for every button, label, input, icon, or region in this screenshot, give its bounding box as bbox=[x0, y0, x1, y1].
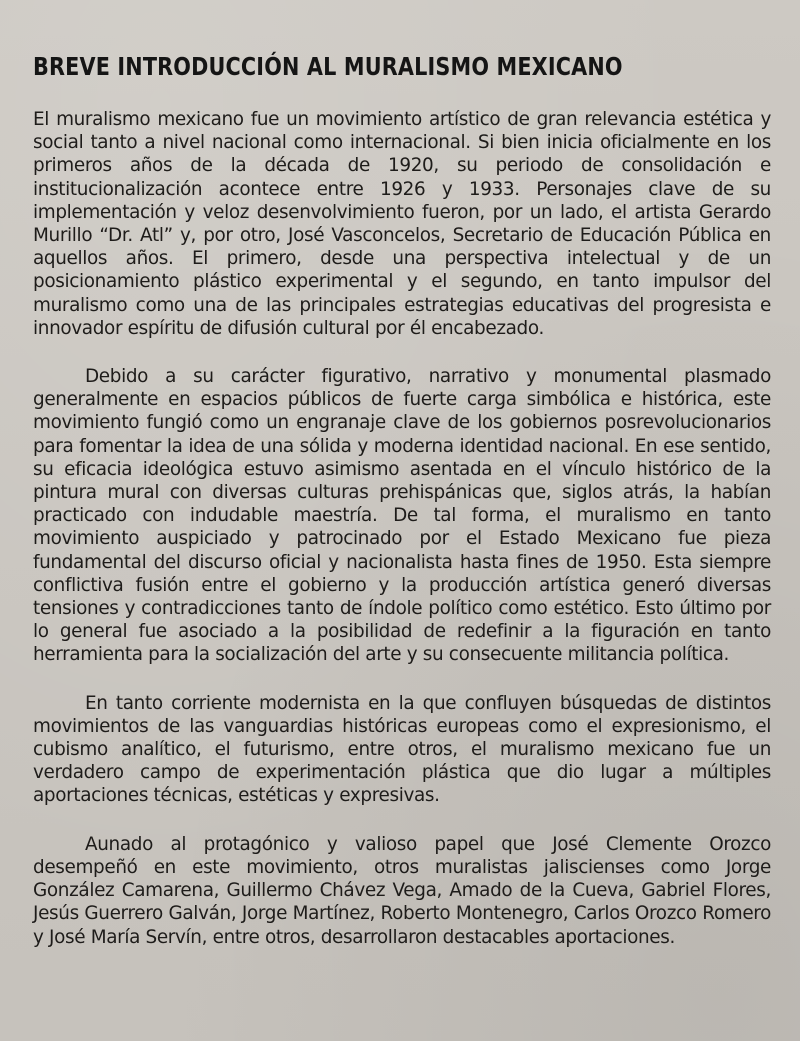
panel-title: Breve introducción al muralismo mexicano bbox=[33, 52, 646, 82]
paragraph-intro: El muralismo mexicano fue un movimiento … bbox=[33, 108, 771, 340]
paragraph-modernist-current: En tanto corriente modernista en la que … bbox=[33, 692, 771, 808]
paragraph-jalisco-muralists: Aunado al protagónico y valioso papel qu… bbox=[33, 833, 771, 949]
paragraph-figurative-character: Debido a su carácter figurativo, narrati… bbox=[33, 365, 771, 667]
wall-text-panel: Breve introducción al muralismo mexicano… bbox=[33, 52, 771, 949]
